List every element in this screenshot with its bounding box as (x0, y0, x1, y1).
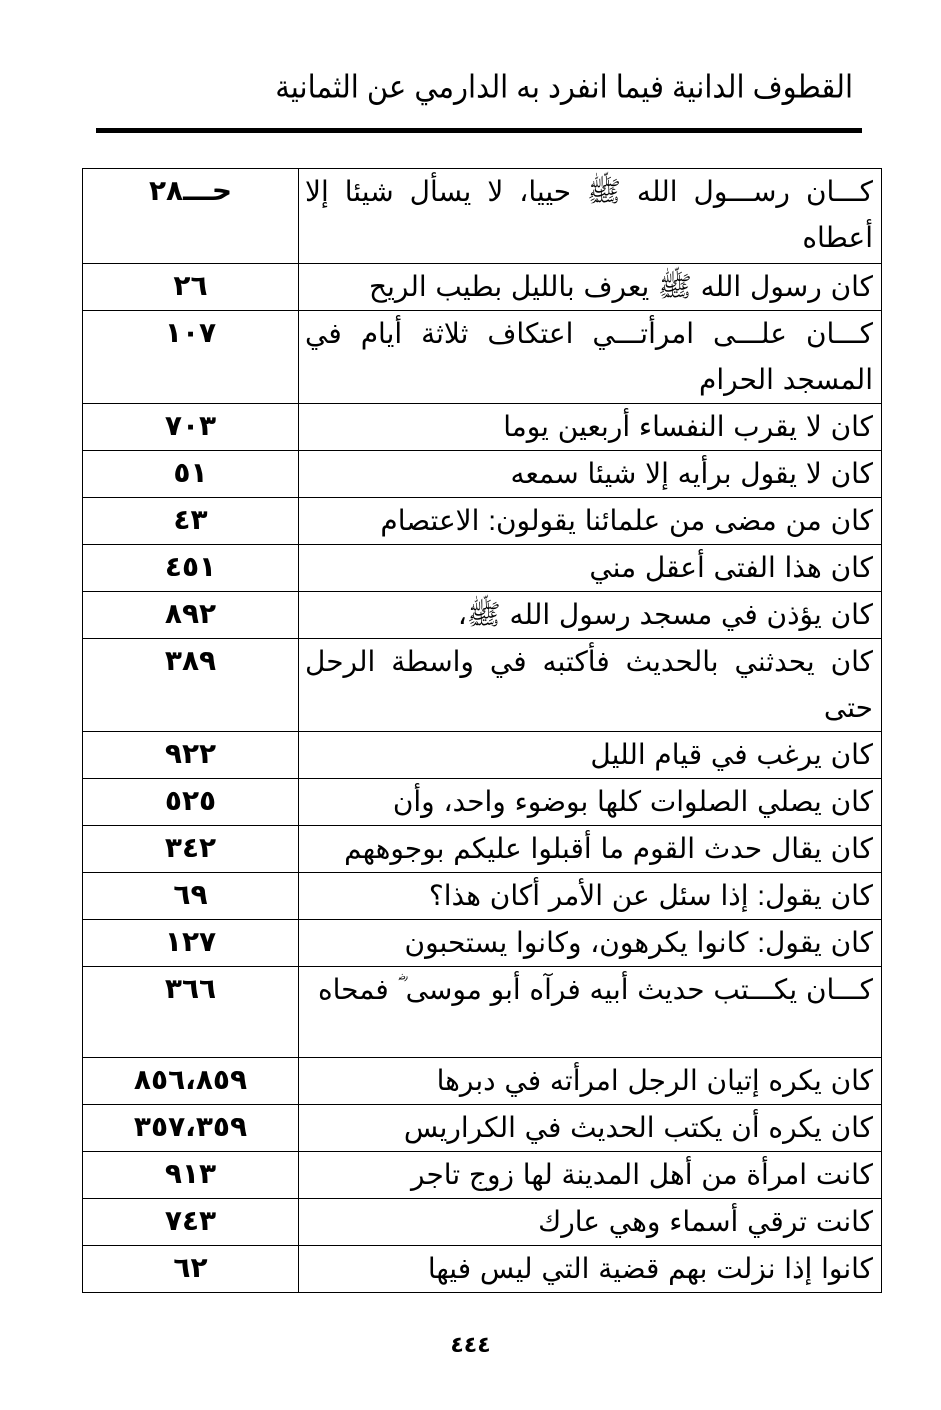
hadith-number-cell: ٧٤٣ (83, 1199, 299, 1246)
hadith-phrase-cell: كان يكره إتيان الرجل امرأته في دبرها (299, 1058, 882, 1105)
hadith-number-cell: حـــ٢٨ (83, 169, 299, 264)
hadith-number-cell: ١٠٧ (83, 311, 299, 404)
hadith-phrase-cell: كان لا يقرب النفساء أربعين يوما (299, 404, 882, 451)
hadith-number-cell: ٣٨٩ (83, 639, 299, 732)
table-row: كـــان رســـول الله ﷺ حييا، لا يسأل شيئا… (83, 169, 882, 264)
table-row: كان يحدثني بالحديث فأكتبه في واسطة الرحل… (83, 639, 882, 732)
hadith-phrase-cell: كان هذا الفتى أعقل مني (299, 545, 882, 592)
table-row: كان من مضى من علمائنا يقولون: الاعتصام ٤… (83, 498, 882, 545)
hadith-number-cell: ٥١ (83, 451, 299, 498)
hadith-index-table: كـــان رســـول الله ﷺ حييا، لا يسأل شيئا… (82, 168, 882, 1293)
table-row: كان لا يقرب النفساء أربعين يوما ٧٠٣ (83, 404, 882, 451)
hadith-number-cell: ٩٢٢ (83, 732, 299, 779)
header-rule-divider (96, 128, 862, 133)
hadith-phrase-cell: كان يؤذن في مسجد رسول الله ﷺ، (299, 592, 882, 639)
hadith-phrase-cell: كان من مضى من علمائنا يقولون: الاعتصام (299, 498, 882, 545)
hadith-number-cell: ٩١٣ (83, 1152, 299, 1199)
hadith-number-cell: ١٢٧ (83, 920, 299, 967)
hadith-number-cell: ٧٠٣ (83, 404, 299, 451)
hadith-number-cell: ٣٥٧،٣٥٩ (83, 1105, 299, 1152)
hadith-phrase-cell: كان رسول الله ﷺ يعرف بالليل بطيب الريح (299, 264, 882, 311)
table-row: كان لا يقول برأيه إلا شيئا سمعه ٥١ (83, 451, 882, 498)
table-row: كان يكره إتيان الرجل امرأته في دبرها ٨٥٦… (83, 1058, 882, 1105)
table-row: كـــان يكـــتب حديث أبيه فرآه أبو موسى ؓ… (83, 967, 882, 1058)
hadith-phrase-cell: كان يقال حدث القوم ما أقبلوا عليكم بوجوه… (299, 826, 882, 873)
hadith-phrase-cell: كان لا يقول برأيه إلا شيئا سمعه (299, 451, 882, 498)
table-row: كان يقال حدث القوم ما أقبلوا عليكم بوجوه… (83, 826, 882, 873)
hadith-phrase-cell: كانت ترقي أسماء وهي عارك (299, 1199, 882, 1246)
hadith-phrase-cell: كان يقول: كانوا يكرهون، وكانوا يستحبون (299, 920, 882, 967)
hadith-phrase-cell: كـــان رســـول الله ﷺ حييا، لا يسأل شيئا… (299, 169, 882, 264)
hadith-number-cell: ٤٣ (83, 498, 299, 545)
hadith-phrase-cell: كان يرغب في قيام الليل (299, 732, 882, 779)
hadith-phrase-cell: كـــان يكـــتب حديث أبيه فرآه أبو موسى ؓ… (299, 967, 882, 1058)
hadith-number-cell: ٦٩ (83, 873, 299, 920)
table-row: كان يصلي الصلوات كلها بوضوء واحد، وأن ٥٢… (83, 779, 882, 826)
table-row: كانت ترقي أسماء وهي عارك ٧٤٣ (83, 1199, 882, 1246)
hadith-number-cell: ٦٢ (83, 1246, 299, 1293)
table-row: كان رسول الله ﷺ يعرف بالليل بطيب الريح ٢… (83, 264, 882, 311)
table-row: كان هذا الفتى أعقل مني ٤٥١ (83, 545, 882, 592)
hadith-phrase-cell: كان يقول: إذا سئل عن الأمر أكان هذا؟ (299, 873, 882, 920)
table-row: كان يقول: إذا سئل عن الأمر أكان هذا؟ ٦٩ (83, 873, 882, 920)
table-row: كان يرغب في قيام الليل ٩٢٢ (83, 732, 882, 779)
table-row: كان يقول: كانوا يكرهون، وكانوا يستحبون ١… (83, 920, 882, 967)
hadith-number-cell: ٣٤٢ (83, 826, 299, 873)
hadith-number-cell: ٨٩٢ (83, 592, 299, 639)
hadith-phrase-cell: كان يصلي الصلوات كلها بوضوء واحد، وأن (299, 779, 882, 826)
table-row: كـــان علـــى امرأتـــي اعتكاف ثلاثة أيا… (83, 311, 882, 404)
running-header-title: القطوف الدانية فيما انفرد به الدارمي عن … (275, 66, 853, 109)
page-number: ٤٤٤ (0, 1333, 941, 1358)
table-row: كان يؤذن في مسجد رسول الله ﷺ، ٨٩٢ (83, 592, 882, 639)
hadith-number-cell: ٢٦ (83, 264, 299, 311)
hadith-number-cell: ٨٥٦،٨٥٩ (83, 1058, 299, 1105)
hadith-phrase-cell: كان يحدثني بالحديث فأكتبه في واسطة الرحل… (299, 639, 882, 732)
table-row: كانت امرأة من أهل المدينة لها زوج تاجر ٩… (83, 1152, 882, 1199)
hadith-number-cell: ٤٥١ (83, 545, 299, 592)
hadith-phrase-cell: كـــان علـــى امرأتـــي اعتكاف ثلاثة أيا… (299, 311, 882, 404)
hadith-phrase-cell: كانوا إذا نزلت بهم قضية التي ليس فيها (299, 1246, 882, 1293)
table-row: كان يكره أن يكتب الحديث في الكراريس ٣٥٧،… (83, 1105, 882, 1152)
table-row: كانوا إذا نزلت بهم قضية التي ليس فيها ٦٢ (83, 1246, 882, 1293)
hadith-number-cell: ٥٢٥ (83, 779, 299, 826)
hadith-phrase-cell: كانت امرأة من أهل المدينة لها زوج تاجر (299, 1152, 882, 1199)
hadith-number-cell: ٣٦٦ (83, 967, 299, 1058)
hadith-phrase-cell: كان يكره أن يكتب الحديث في الكراريس (299, 1105, 882, 1152)
